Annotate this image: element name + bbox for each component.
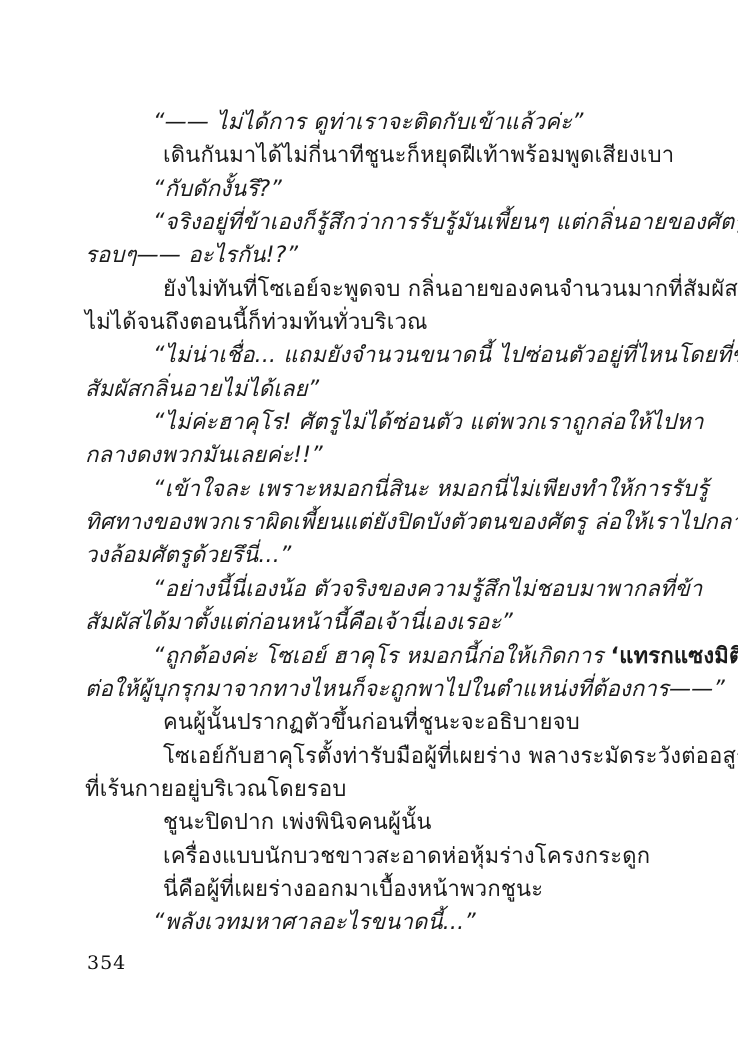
text-line: ยังไม่ทันที่โซเอย์จะพูดจบ กลิ่นอายของคนจ… <box>85 273 663 306</box>
text-line: ไม่ได้จนถึงตอนนี้ก็ท่วมท้นทั่วบริเวณ <box>85 306 663 339</box>
text-line: “—— ไม่ได้การ ดูท่าเราจะติดกับเข้าแล้วค่… <box>85 106 663 139</box>
text-line: กลางดงพวกมันเลยค่ะ!!” <box>85 439 663 472</box>
text-line: โซเอย์กับฮาคุโรตั้งท่ารับมือผู้ที่เผยร่า… <box>85 740 663 773</box>
text-line: คนผู้นั้นปรากฏตัวขึ้นก่อนที่ชูนะจะอธิบาย… <box>85 706 663 739</box>
text-line: ต่อให้ผู้บุกรุกมาจากทางไหนก็จะถูกพาไปในต… <box>85 673 663 706</box>
text-line: วงล้อมศัตรูด้วยรึนี่...” <box>85 539 663 572</box>
text-line: เดินกันมาได้ไม่กี่นาทีชูนะก็หยุดฝีเท้าพร… <box>85 139 663 172</box>
text-line: สัมผัสได้มาตั้งแต่ก่อนหน้านี้คือเจ้านี่เ… <box>85 606 663 639</box>
text-line: “ไม่น่าเชื่อ... แถมยังจำนวนขนาดนี้ ไปซ่อ… <box>85 339 663 372</box>
text-line: “ถูกต้องค่ะ โซเอย์ ฮาคุโร หมอกนี้ก่อให้เ… <box>85 640 663 673</box>
text-line: ชูนะปิดปาก เพ่งพินิจคนผู้นั้น <box>85 806 663 839</box>
text-line: “ไม่ค่ะฮาคุโร! ศัตรูไม่ได้ซ่อนตัว แต่พวก… <box>85 406 663 439</box>
page-number: 354 <box>87 950 126 976</box>
text-line: “พลังเวทมหาศาลอะไรขนาดนี้...” <box>85 906 663 939</box>
text-line: ที่เร้นกายอยู่บริเวณโดยรอบ <box>85 773 663 806</box>
page-text: “—— ไม่ได้การ ดูท่าเราจะติดกับเข้าแล้วค่… <box>85 106 663 940</box>
text-line: รอบๆ—— อะไรกัน!?” <box>85 239 663 272</box>
text-line: “เข้าใจละ เพราะหมอกนี่สินะ หมอกนี่ไม่เพี… <box>85 473 663 506</box>
text-line: ทิศทางของพวกเราผิดเพี้ยนแต่ยังปิดบังตัวต… <box>85 506 663 539</box>
text-line: “กับดักงั้นรึ?” <box>85 173 663 206</box>
text-line: เครื่องแบบนักบวชขาวสะอาดห่อหุ้มร่างโครงก… <box>85 840 663 873</box>
book-page: “—— ไม่ได้การ ดูท่าเราจะติดกับเข้าแล้วค่… <box>0 0 738 1051</box>
text-line: นี่คือผู้ที่เผยร่างออกมาเบื้องหน้าพวกชูน… <box>85 873 663 906</box>
text-line: “อย่างนี้นี่เองน้อ ตัวจริงของความรู้สึกไ… <box>85 573 663 606</box>
text-line: “จริงอยู่ที่ข้าเองก็รู้สึกว่าการรับรู้มั… <box>85 206 663 239</box>
text-line: สัมผัสกลิ่นอายไม่ได้เลย” <box>85 373 663 406</box>
emphasis-bold-term: ‘แทรกแซงมิติ’ <box>611 644 738 669</box>
text-segment: “ถูกต้องค่ะ โซเอย์ ฮาคุโร หมอกนี้ก่อให้เ… <box>153 644 611 669</box>
